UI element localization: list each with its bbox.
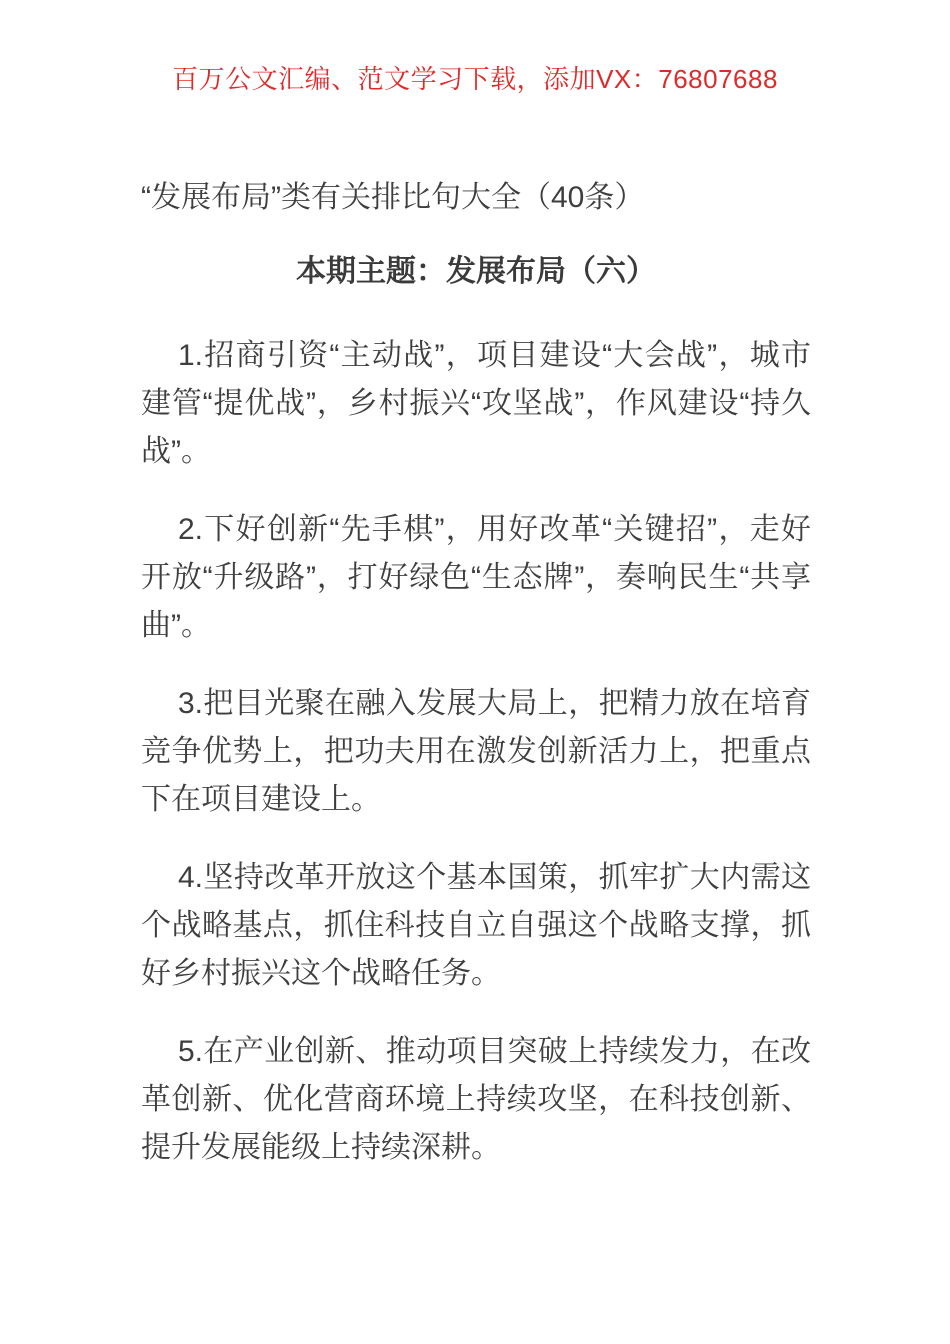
document-title: “发展布局”类有关排比句大全（40条） <box>141 182 811 214</box>
document-content: “发展布局”类有关排比句大全（40条） 本期主题：发展布局（六） 1.招商引资“… <box>141 182 811 1172</box>
paragraph: 1.招商引资“主动战”，项目建设“大会战”，城市建管“提优战”，乡村振兴“攻坚战… <box>141 332 811 476</box>
paragraph: 5.在产业创新、推动项目突破上持续发力，在改革创新、优化营商环境上持续攻坚，在科… <box>141 1028 811 1172</box>
paragraph: 2.下好创新“先手棋”，用好改革“关键招”，走好开放“升级路”，打好绿色“生态牌… <box>141 506 811 650</box>
topic-heading: 本期主题：发展布局（六） <box>141 256 811 288</box>
promo-banner: 百万公文汇编、范文学习下载，添加VX：76807688 <box>0 0 950 94</box>
paragraph: 3.把目光聚在融入发展大局上，把精力放在培育竞争优势上，把功夫用在激发创新活力上… <box>141 680 811 824</box>
paragraph-list: 1.招商引资“主动战”，项目建设“大会战”，城市建管“提优战”，乡村振兴“攻坚战… <box>141 332 811 1172</box>
promo-text: 百万公文汇编、范文学习下载，添加VX：76807688 <box>172 64 778 94</box>
paragraph: 4.坚持改革开放这个基本国策，抓牢扩大内需这个战略基点，抓住科技自立自强这个战略… <box>141 854 811 998</box>
document-page: 百万公文汇编、范文学习下载，添加VX：76807688 “发展布局”类有关排比句… <box>0 0 950 1344</box>
